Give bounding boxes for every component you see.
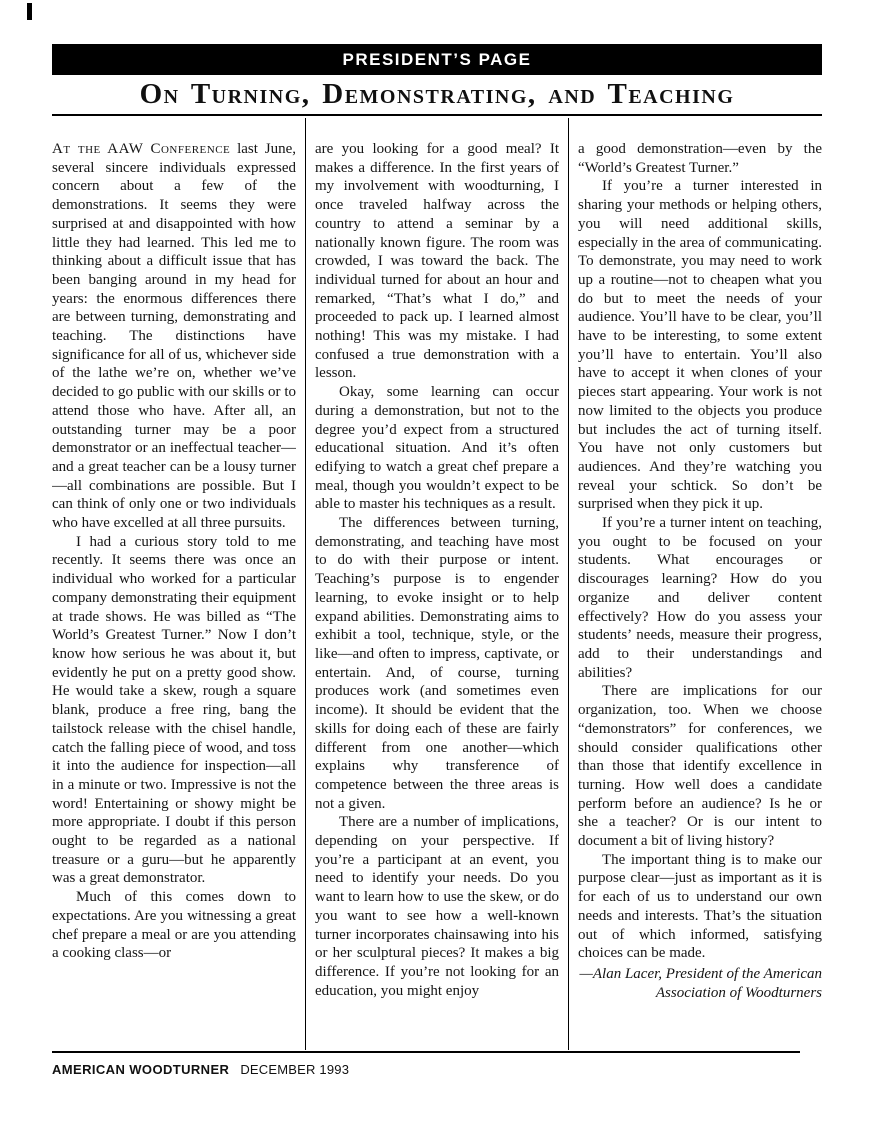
magazine-name: AMERICAN WOODTURNER: [52, 1062, 229, 1077]
magazine-page: PRESIDENT’S PAGE On Turning, Demonstrati…: [0, 0, 875, 1133]
column-3: a good demonstration—even by the “World’…: [578, 118, 822, 1050]
paragraph: There are a number of implications, depe…: [315, 813, 559, 1000]
paragraph: Much of this comes down to expectations.…: [52, 888, 296, 963]
lead-in-smallcaps: At the AAW Conference: [52, 141, 230, 157]
column-divider-2: [568, 118, 569, 1050]
paragraph: If you’re a turner interested in sharing…: [578, 177, 822, 514]
header-divider: [52, 114, 822, 116]
page-footer: AMERICAN WOODTURNERDECEMBER 1993: [52, 1062, 349, 1077]
footer-divider: [52, 1051, 800, 1053]
paragraph: At the AAW Conference last June, several…: [52, 140, 296, 533]
article-title: On Turning, Demonstrating, and Teaching: [52, 78, 822, 111]
column-1: At the AAW Conference last June, several…: [52, 118, 296, 1050]
column-divider-1: [305, 118, 306, 1050]
column-2: are you looking for a good meal? It make…: [315, 118, 559, 1050]
section-banner-label: PRESIDENT’S PAGE: [343, 50, 532, 70]
paragraph: are you looking for a good meal? It make…: [315, 140, 559, 383]
paragraph: The important thing is to make our purpo…: [578, 851, 822, 963]
paragraph: There are implications for our organizat…: [578, 682, 822, 850]
author-byline: —Alan Lacer, President of the American A…: [578, 965, 822, 1004]
paragraph: Okay, some learning can occur during a d…: [315, 383, 559, 514]
section-banner: PRESIDENT’S PAGE: [52, 44, 822, 75]
paragraph: The differences between turning, demonst…: [315, 514, 559, 813]
paragraph: I had a curious story told to me recentl…: [52, 533, 296, 888]
article-body: At the AAW Conference last June, several…: [52, 118, 822, 1050]
paragraph: a good demonstration—even by the “World’…: [578, 140, 822, 177]
issue-date: DECEMBER 1993: [240, 1062, 349, 1077]
scan-artifact: [27, 3, 32, 20]
paragraph-text: last June, several sincere individuals e…: [52, 141, 296, 531]
paragraph: If you’re a turner intent on teaching, y…: [578, 514, 822, 682]
